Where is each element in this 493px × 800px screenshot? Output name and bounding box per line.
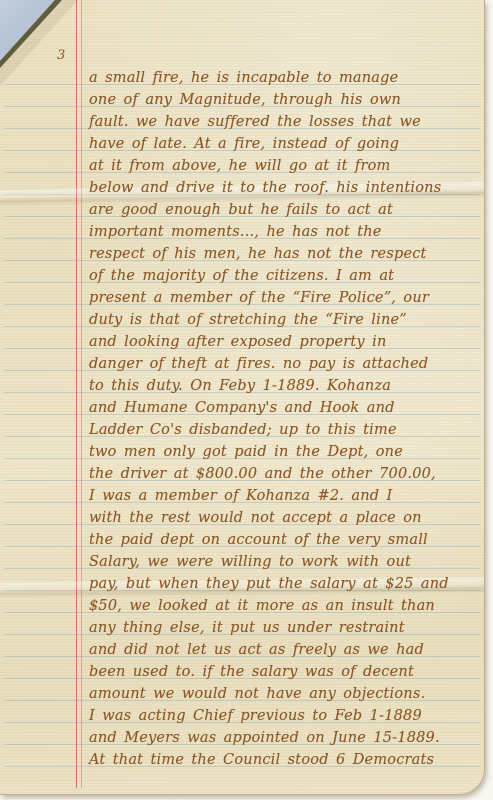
manuscript-line: duty is that of stretching the “Fire lin… [89, 309, 471, 331]
manuscript-line: At that time the Council stood 6 Democra… [89, 749, 471, 771]
manuscript-line: a small fire, he is incapable to manage [89, 67, 471, 89]
manuscript-line: been used to. if the salary was of decen… [89, 661, 471, 683]
manuscript-line: Salary, we were willing to work with out [89, 551, 471, 573]
manuscript-line: I was acting Chief previous to Feb 1-188… [89, 705, 471, 727]
manuscript-line: any thing else, it put us under restrain… [89, 617, 471, 639]
manuscript-line: and Humane Company's and Hook and [89, 397, 471, 419]
manuscript-line: pay, but when they put the salary at $25… [89, 573, 471, 595]
page-number: 3 [57, 48, 65, 63]
manuscript-line: the paid dept on account of the very sma… [89, 529, 471, 551]
manuscript-line: two men only got paid in the Dept, one [89, 441, 471, 463]
manuscript-line: the driver at $800.00 and the other 700.… [89, 463, 471, 485]
manuscript-line: I was a member of Kohanza #2. and I [89, 485, 471, 507]
manuscript-line: $50, we looked at it more as an insult t… [89, 595, 471, 617]
manuscript-line: at it from above, he will go at it from [89, 155, 471, 177]
manuscript-text: a small fire, he is incapable to manage … [89, 67, 471, 771]
scan-backdrop: 3 a small fire, he is incapable to manag… [0, 0, 493, 800]
manuscript-line: of the majority of the citizens. I am at [89, 265, 471, 287]
manuscript-line: amount we would not have any objections. [89, 683, 471, 705]
manuscript-line: present a member of the “Fire Police”, o… [89, 287, 471, 309]
manuscript-line: with the rest would not accept a place o… [89, 507, 471, 529]
manuscript-line: important moments..., he has not the [89, 221, 471, 243]
manuscript-line: to this duty. On Feby 1-1889. Kohanza [89, 375, 471, 397]
manuscript-line: have of late. At a fire, instead of goin… [89, 133, 471, 155]
manuscript-line: and looking after exposed property in [89, 331, 471, 353]
red-margin-line [76, 0, 82, 788]
manuscript-line: fault. we have suffered the losses that … [89, 111, 471, 133]
manuscript-line: and did not let us act as freely as we h… [89, 639, 471, 661]
manuscript-line: respect of his men, he has not the respe… [89, 243, 471, 265]
manuscript-line: below and drive it to the roof. his inte… [89, 177, 471, 199]
manuscript-line: are good enough but he fails to act at [89, 199, 471, 221]
manuscript-line: one of any Magnitude, through his own [89, 89, 471, 111]
manuscript-line: and Meyers was appointed on June 15-1889… [89, 727, 471, 749]
manuscript-line: Ladder Co's disbanded; up to this time [89, 419, 471, 441]
manuscript-line: danger of theft at fires. no pay is atta… [89, 353, 471, 375]
document-page: 3 a small fire, he is incapable to manag… [0, 0, 485, 795]
